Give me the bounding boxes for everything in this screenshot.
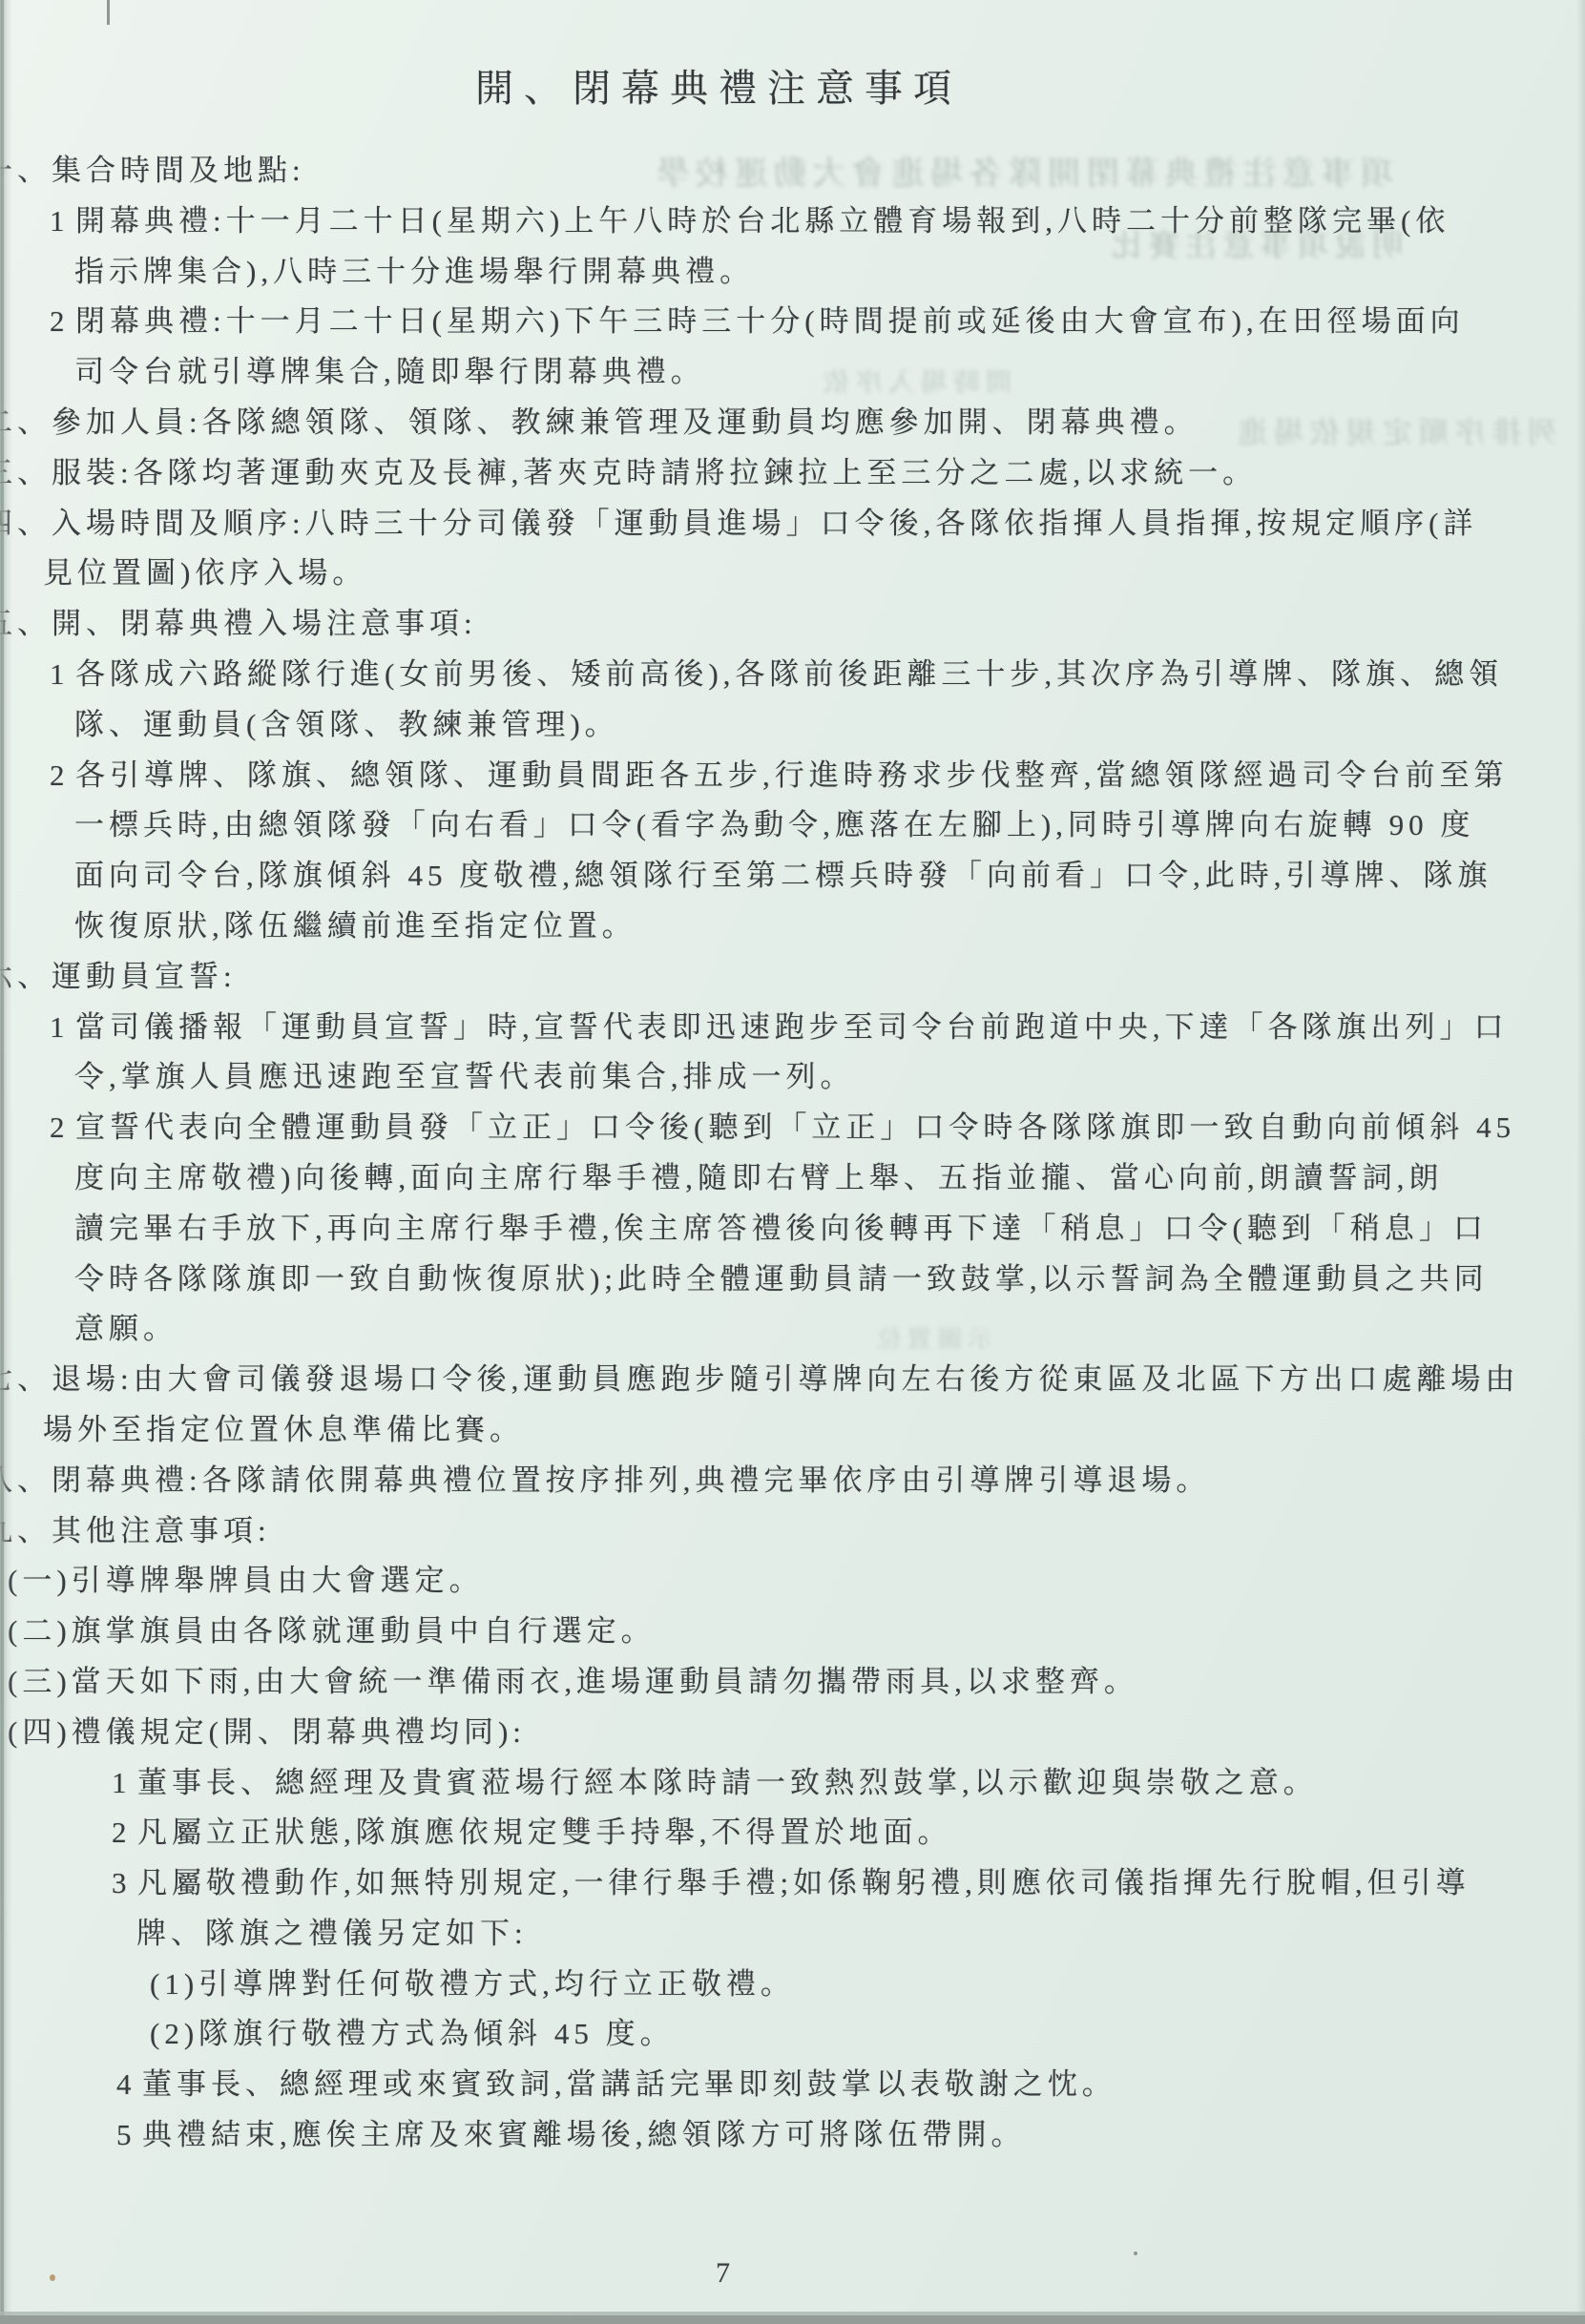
text-line: 2各引導牌、隊旗、總領隊、運動員間距各五步,行進時務求步伐整齊,當總領隊經過司令… [0,751,1585,801]
list-marker: 4 [116,2060,142,2110]
line-text: 引導牌對任何敬禮方式,均行立正敬禮。 [198,1967,795,2001]
text-line: 場外至指定位置休息準備比賽。 [0,1405,1585,1456]
list-marker: 2 [50,751,75,801]
line-text: 董事長、總經理或來賓致詞,當講話完畢即刻鼓掌以表敬謝之忱。 [142,2067,1116,2101]
document-title: 開、閉幕典禮注意事項 [475,67,962,111]
list-marker: 五、 [0,607,52,640]
scan-artifact-speck [50,2274,55,2281]
line-text: 司令台就引導牌集合,隨即舉行閉幕典禮。 [74,355,705,388]
list-marker: 一、 [0,154,52,187]
text-line: 指示牌集合),八時三十分進場舉行開幕典禮。 [0,247,1585,298]
line-text: 各引導牌、隊旗、總領隊、運動員間距各五步,行進時務求步伐整齊,當總領隊經過司令台… [75,758,1509,792]
line-text: 董事長、總經理及貴賓蒞場行經本隊時請一致熱烈鼓掌,以示歡迎與崇敬之意。 [137,1766,1318,1799]
list-marker: (一) [8,1564,72,1597]
text-line: 令時各隊隊旗即一致自動恢復原狀);此時全體運動員請一致鼓掌,以示誓詞為全體運動員… [0,1255,1585,1305]
text-line: 面向司令台,隊旗傾斜 45 度敬禮,總領隊行至第二標兵時發「向前看」口令,此時,… [0,851,1585,902]
line-text: 旗掌旗員由各隊就運動員中自行選定。 [72,1614,656,1648]
text-line: 度向主席敬禮)向後轉,面向主席行舉手禮,隨即右臂上舉、五指並攏、當心向前,朗讀誓… [0,1153,1585,1204]
text-line: 七、退場:由大會司儀發退場口令後,運動員應跑步隨引導牌向左右後方從東區及北區下方… [0,1355,1585,1405]
text-line: (三)當天如下雨,由大會統一準備雨衣,進場運動員請勿攜帶雨具,以求整齊。 [0,1657,1585,1708]
line-text: 令時各隊隊旗即一致自動恢復原狀);此時全體運動員請一致鼓掌,以示誓詞為全體運動員… [74,1262,1489,1296]
list-marker: 六、 [0,960,52,993]
text-line: 恢復原狀,隊伍繼續前進至指定位置。 [0,902,1585,952]
text-line: 司令台就引導牌集合,隨即舉行閉幕典禮。 [0,347,1585,398]
list-marker: (二) [8,1614,72,1648]
text-line: 一、集合時間及地點: [0,146,1585,197]
line-text: 牌、隊旗之禮儀另定如下: [136,1917,528,1950]
list-marker: (三) [8,1665,72,1698]
text-line: 六、運動員宣誓: [0,952,1585,1003]
text-line: 1各隊成六路縱隊行進(女前男後、矮前高後),各隊前後距離三十步,其次序為引導牌、… [0,650,1585,700]
line-text: 當天如下雨,由大會統一準備雨衣,進場運動員請勿攜帶雨具,以求整齊。 [72,1665,1138,1698]
list-marker: 3 [112,1858,137,1909]
scan-artifact-speck [1134,2251,1137,2255]
list-marker: 2 [112,1808,137,1858]
text-line: 2凡屬立正狀態,隊旗應依規定雙手持舉,不得置於地面。 [0,1808,1585,1858]
line-text: 讀完畢右手放下,再向主席行舉手禮,俟主席答禮後向後轉再下達「稍息」口令(聽到「稍… [74,1212,1488,1245]
list-marker: 九、 [0,1514,52,1547]
line-text: 集合時間及地點: [52,154,305,187]
line-text: 閉幕典禮:十一月二十日(星期六)下午三時三十分(時間提前或延後由大會宣布),在田… [75,304,1465,338]
line-text: 指示牌集合),八時三十分進場舉行開幕典禮。 [74,255,754,288]
line-text: 服裝:各隊均著運動夾克及長褲,著夾克時請將拉鍊拉上至三分之二處,以求統一。 [52,456,1257,489]
list-marker: 2 [50,1103,75,1153]
text-line: (2)隊旗行敬禮方式為傾斜 45 度。 [0,2009,1585,2060]
text-line: 1開幕典禮:十一月二十日(星期六)上午八時於台北縣立體育場報到,八時二十分前整隊… [0,197,1585,247]
scan-artifact-bottom-shadow [0,2312,1585,2315]
text-line: 3凡屬敬禮動作,如無特別規定,一律行舉手禮;如係鞠躬禮,則應依司儀指揮先行脫帽,… [0,1858,1585,1909]
text-line: 四、入場時間及順序:八時三十分司儀發「運動員進場」口令後,各隊依指揮人員指揮,按… [0,499,1585,550]
line-text: 隊、運動員(含領隊、教練兼管理)。 [74,708,619,741]
line-text: 運動員宣誓: [52,960,237,993]
page-number: 7 [716,2257,730,2290]
text-line: (一)引導牌舉牌員由大會選定。 [0,1556,1585,1607]
text-line: 4董事長、總經理或來賓致詞,當講話完畢即刻鼓掌以表敬謝之忱。 [0,2060,1585,2110]
line-text: 度向主席敬禮)向後轉,面向主席行舉手禮,隨即右臂上舉、五指並攏、當心向前,朗讀誓… [74,1161,1443,1194]
text-line: 牌、隊旗之禮儀另定如下: [0,1909,1585,1960]
text-line: 5典禮結束,應俟主席及來賓離場後,總領隊方可將隊伍帶開。 [0,2110,1585,2161]
line-text: 令,掌旗人員應迅速跑至宣誓代表前集合,排成一列。 [74,1060,855,1093]
document-body: 一、集合時間及地點:1開幕典禮:十一月二十日(星期六)上午八時於台北縣立體育場報… [0,146,1585,2161]
text-line: 三、服裝:各隊均著運動夾克及長褲,著夾克時請將拉鍊拉上至三分之二處,以求統一。 [0,448,1585,499]
line-text: 場外至指定位置休息準備比賽。 [43,1413,524,1446]
line-text: 開幕典禮:十一月二十日(星期六)上午八時於台北縣立體育場報到,八時二十分前整隊完… [75,204,1449,238]
text-line: 八、閉幕典禮:各隊請依開幕典禮位置按序排列,典禮完畢依序由引導牌引導退場。 [0,1456,1585,1506]
text-line: 意願。 [0,1304,1585,1355]
text-line: 九、其他注意事項: [0,1506,1585,1557]
list-marker: 5 [116,2110,142,2161]
line-text: 引導牌舉牌員由大會選定。 [72,1564,484,1597]
line-text: 隊旗行敬禮方式為傾斜 45 度。 [198,2017,675,2050]
line-text: 恢復原狀,隊伍繼續前進至指定位置。 [74,909,636,943]
text-line: 1當司儀播報「運動員宣誓」時,宣誓代表即迅速跑步至司令台前跑道中央,下達「各隊旗… [0,1003,1585,1053]
list-marker: (1) [150,1967,198,2001]
text-line: 見位置圖)依序入場。 [0,549,1585,599]
list-marker: 1 [50,197,75,247]
list-marker: 2 [50,297,75,347]
list-marker: (2) [150,2017,198,2050]
line-text: 當司儀播報「運動員宣誓」時,宣誓代表即迅速跑步至司令台前跑道中央,下達「各隊旗出… [75,1010,1509,1044]
line-text: 見位置圖)依序入場。 [43,556,366,590]
list-marker: 1 [112,1758,137,1809]
line-text: 閉幕典禮:各隊請依開幕典禮位置按序排列,典禮完畢依序由引導牌引導退場。 [52,1463,1210,1497]
text-line: 二、參加人員:各隊總領隊、領隊、教練兼管理及運動員均應參加開、閉幕典禮。 [0,398,1585,448]
text-line: 一標兵時,由總領隊發「向右看」口令(看字為動令,應落在左腳上),同時引導牌向右旋… [0,800,1585,851]
list-marker: (四) [8,1715,72,1749]
text-line: 讀完畢右手放下,再向主席行舉手禮,俟主席答禮後向後轉再下達「稍息」口令(聽到「稍… [0,1204,1585,1255]
line-text: 入場時間及順序:八時三十分司儀發「運動員進場」口令後,各隊依指揮人員指揮,按規定… [52,507,1477,540]
line-text: 參加人員:各隊總領隊、領隊、教練兼管理及運動員均應參加開、閉幕典禮。 [52,405,1199,439]
scanned-document-page: 項事意注禮典幕閉開隊各場進會大動運校學 明說項事意注賽比 間時場入序依 列排序順… [0,0,1585,2324]
line-text: 其他注意事項: [52,1514,271,1547]
text-line: 1董事長、總經理及貴賓蒞場行經本隊時請一致熱烈鼓掌,以示歡迎與崇敬之意。 [0,1758,1585,1809]
scan-artifact-top-tick [107,0,110,25]
line-text: 意願。 [74,1312,177,1345]
scan-artifact-bottom-edge [0,2315,1585,2324]
text-line: 令,掌旗人員應迅速跑至宣誓代表前集合,排成一列。 [0,1052,1585,1103]
list-marker: 七、 [0,1362,52,1396]
line-text: 典禮結束,應俟主席及來賓離場後,總領隊方可將隊伍帶開。 [142,2118,1026,2151]
text-line: (1)引導牌對任何敬禮方式,均行立正敬禮。 [0,1960,1585,2010]
line-text: 開、閉幕典禮入場注意事項: [52,607,477,640]
text-line: 2宣誓代表向全體運動員發「立正」口令後(聽到「立正」口令時各隊隊旗即一致自動向前… [0,1103,1585,1153]
list-marker: 三、 [0,456,52,489]
list-marker: 四、 [0,507,52,540]
line-text: 宣誓代表向全體運動員發「立正」口令後(聽到「立正」口令時各隊隊旗即一致自動向前傾… [75,1110,1515,1144]
line-text: 凡屬敬禮動作,如無特別規定,一律行舉手禮;如係鞠躬禮,則應依司儀指揮先行脫帽,但… [137,1866,1470,1899]
line-text: 凡屬立正狀態,隊旗應依規定雙手持舉,不得置於地面。 [137,1816,952,1849]
text-line: (二)旗掌旗員由各隊就運動員中自行選定。 [0,1607,1585,1657]
text-line: 隊、運動員(含領隊、教練兼管理)。 [0,700,1585,751]
text-line: 2閉幕典禮:十一月二十日(星期六)下午三時三十分(時間提前或延後由大會宣布),在… [0,297,1585,347]
list-marker: 1 [50,650,75,700]
line-text: 退場:由大會司儀發退場口令後,運動員應跑步隨引導牌向左右後方從東區及北區下方出口… [52,1362,1519,1396]
line-text: 面向司令台,隊旗傾斜 45 度敬禮,總領隊行至第二標兵時發「向前看」口令,此時,… [74,859,1492,892]
list-marker: 二、 [0,405,52,439]
text-line: (四)禮儀規定(開、閉幕典禮均同): [0,1708,1585,1758]
line-text: 各隊成六路縱隊行進(女前男後、矮前高後),各隊前後距離三十步,其次序為引導牌、隊… [75,657,1503,691]
list-marker: 1 [50,1003,75,1053]
line-text: 一標兵時,由總領隊發「向右看」口令(看字為動令,應落在左腳上),同時引導牌向右旋… [74,808,1474,841]
line-text: 禮儀規定(開、閉幕典禮均同): [72,1715,526,1749]
list-marker: 八、 [0,1463,52,1497]
text-line: 五、開、閉幕典禮入場注意事項: [0,599,1585,650]
